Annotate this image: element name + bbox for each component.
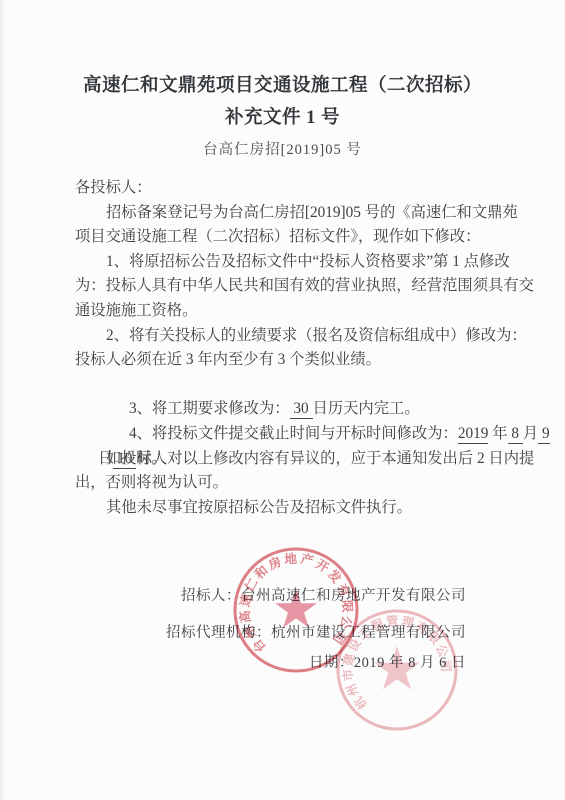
document-number: 台高仁房招[2019]05 号 (0, 138, 565, 159)
deadline-month-value: 8 (508, 425, 523, 444)
deadline-year-value: 2019 (458, 425, 489, 444)
item4-text: 年 (488, 425, 507, 442)
date-line: 日期：2019 年 8 月 6 日 (309, 653, 466, 673)
body-line: 通设施施工资格。 (75, 299, 493, 324)
document-title-line1: 高速仁和文鼎苑项目交通设施工程（二次招标） (0, 71, 565, 97)
body-line: 如投标人对以上修改内容有异议的，应于本通知发出后 2 日内提 (75, 447, 493, 472)
document-title-line2: 补充文件 1 号 (0, 103, 565, 129)
body-line: 投标人必须在近 3 年内至少有 3 个类似业绩。 (75, 348, 493, 373)
body-line: 招标备案登记号为台高仁房招[2019]05 号的《高速仁和文鼎苑 (75, 201, 493, 226)
scanned-document-page: 高速仁和文鼎苑项目交通设施工程（二次招标） 补充文件 1 号 台高仁房招[201… (0, 0, 565, 800)
agency-signature-line: 招标代理机构：杭州市建设工程管理有限公司 (166, 623, 466, 643)
item4-text: 月 (523, 425, 538, 442)
deadline-day-value: 9 (538, 425, 549, 444)
body-line: 出，否则将视为认可。 (75, 471, 493, 496)
document-body: 各投标人： 招标备案登记号为台高仁房招[2019]05 号的《高速仁和文鼎苑 项… (75, 176, 493, 520)
body-line-item1: 1、将原招标公告及招标文件中“投标人资格要求”第 1 点修改 (75, 250, 493, 275)
item3-text: 3、将工期要求修改为： (129, 400, 290, 417)
body-line: 项目交通设施工程（二次招标）招标文件》，现作如下修改： (75, 225, 493, 250)
item3-text: 日历天内完工。 (313, 400, 420, 417)
body-line-item3: 3、将工期要求修改为： 30 日历天内完工。 (75, 373, 493, 398)
item4-text: 4、将投标文件提交截止时间与开标时间修改为： (129, 425, 458, 442)
body-line: 其他未尽事宜按原招标公告及招标文件执行。 (75, 496, 493, 521)
body-line-item2: 2、将有关投标人的业绩要求（报名及资信标组成中）修改为： (75, 324, 493, 349)
body-line: 为：投标人具有中华人民共和国有效的营业执照，经营范围须具有交 (75, 274, 493, 299)
bidder-signature-line: 招标人：台州高速仁和房地产开发有限公司 (181, 586, 466, 606)
salutation: 各投标人： (75, 176, 493, 201)
duration-days-value: 30 (290, 400, 313, 419)
